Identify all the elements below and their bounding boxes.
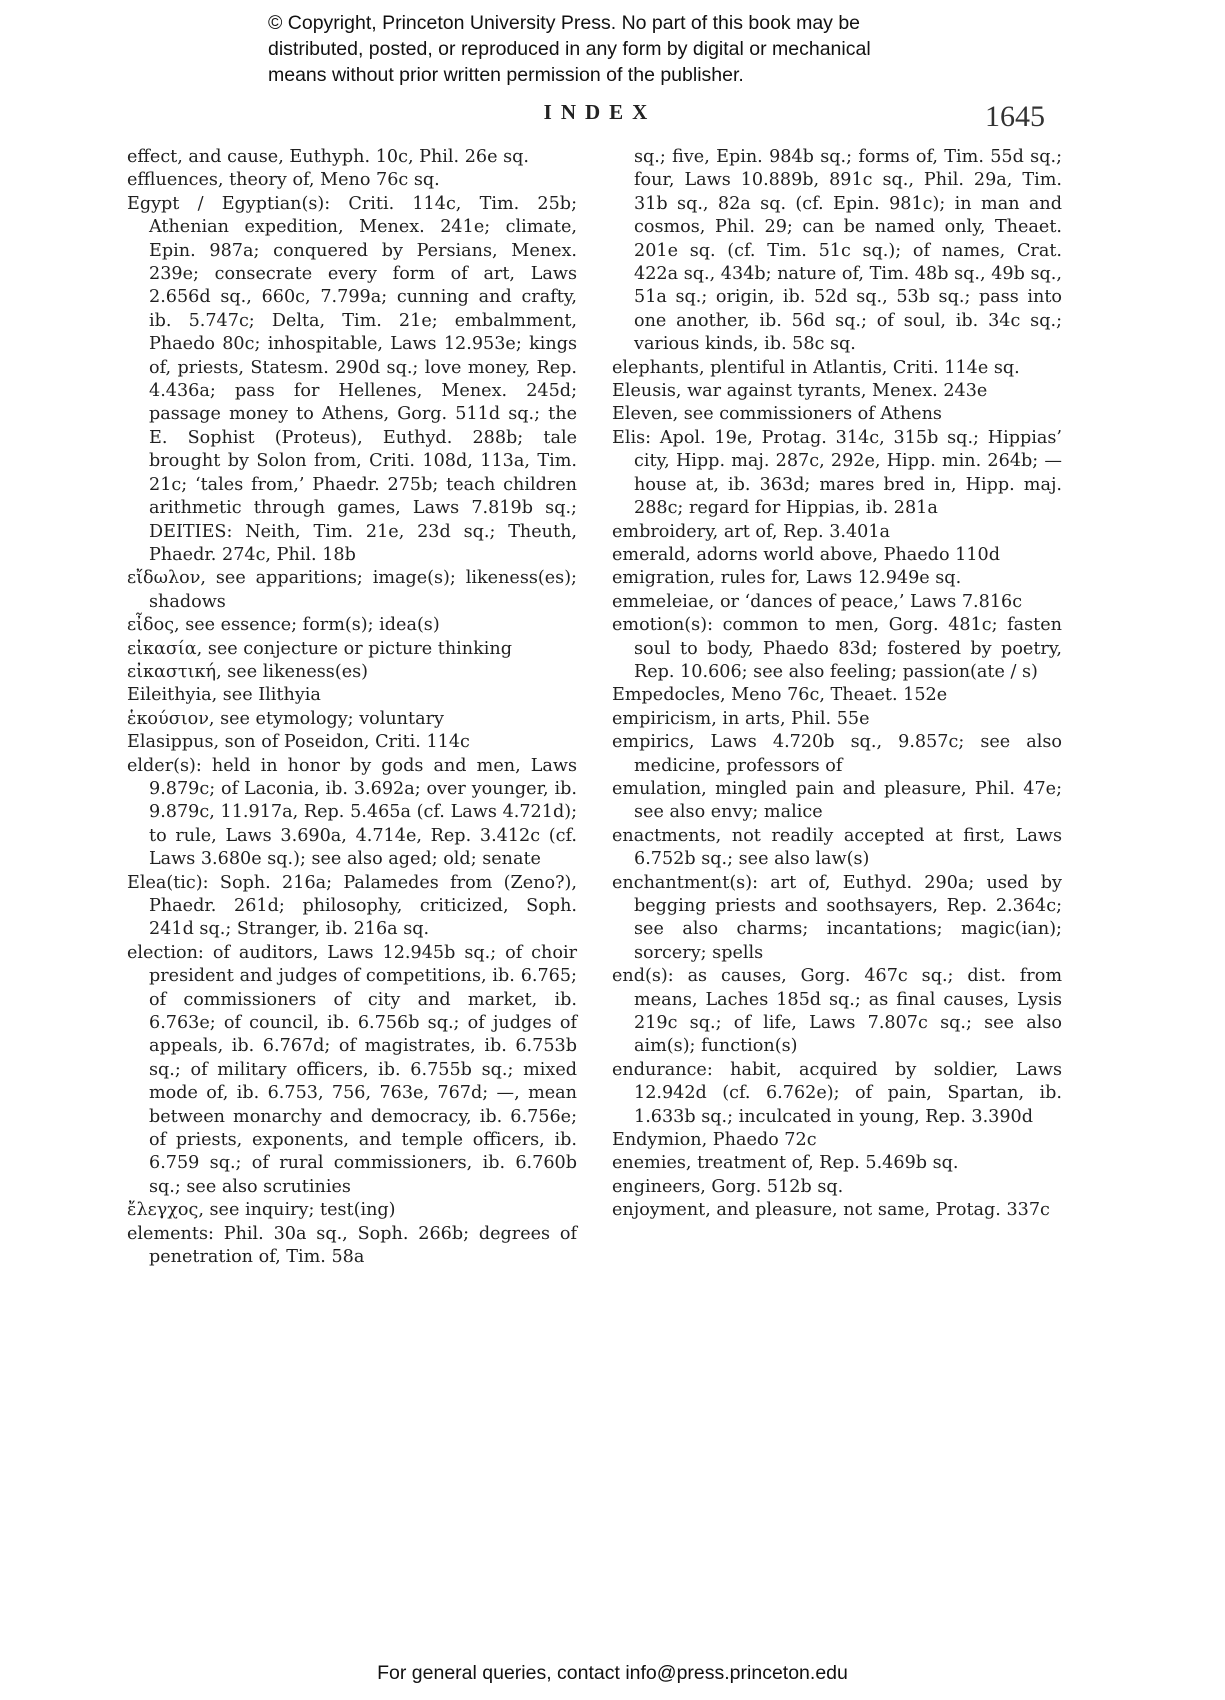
index-entry: elder(s): held in honor by gods and men,… <box>127 755 577 872</box>
copyright-line: means without prior written permission o… <box>268 62 988 88</box>
index-entry: εἴδωλον, see apparitions; image(s); like… <box>127 567 577 614</box>
index-entry: enjoyment, and pleasure, not same, Prota… <box>612 1199 1062 1222</box>
index-column-left: effect, and cause, Euthyph. 10c, Phil. 2… <box>127 146 577 1270</box>
index-entry: εἶδος, see essence; form(s); idea(s) <box>127 614 577 637</box>
page-number: 1645 <box>985 100 1045 134</box>
index-entry: emotion(s): common to men, Gorg. 481c; f… <box>612 614 1062 684</box>
index-entry: effluences, theory of, Meno 76c sq. <box>127 169 577 192</box>
index-entry: enactments, not readily accepted at firs… <box>612 825 1062 872</box>
copyright-notice: © Copyright, Princeton University Press.… <box>268 10 988 88</box>
index-entry: engineers, Gorg. 512b sq. <box>612 1176 1062 1199</box>
index-entry: ἑκούσιον, see etymology; voluntary <box>127 708 577 731</box>
index-entry: elements: Phil. 30a sq., Soph. 266b; deg… <box>127 1223 577 1270</box>
copyright-line: distributed, posted, or reproduced in an… <box>268 36 988 62</box>
index-column-right: sq.; five, Epin. 984b sq.; forms of, Tim… <box>612 146 1062 1223</box>
index-entry: end(s): as causes, Gorg. 467c sq.; dist.… <box>612 965 1062 1059</box>
index-entry: enchantment(s): art of, Euthyd. 290a; us… <box>612 872 1062 966</box>
index-entry: embroidery, art of, Rep. 3.401a <box>612 521 1062 544</box>
page-title: INDEX <box>525 100 675 125</box>
index-entry: emmeleiae, or ‘dances of peace,’ Laws 7.… <box>612 591 1062 614</box>
index-entry: Eleven, see commissioners of Athens <box>612 403 1062 426</box>
index-entry: empirics, Laws 4.720b sq., 9.857c; see a… <box>612 731 1062 778</box>
copyright-line: © Copyright, Princeton University Press.… <box>268 10 988 36</box>
index-entry: election: of auditors, Laws 12.945b sq.;… <box>127 942 577 1199</box>
index-entry: sq.; five, Epin. 984b sq.; forms of, Tim… <box>612 146 1062 357</box>
index-entry: Eileithyia, see Ilithyia <box>127 684 577 707</box>
index-entry: εἰκαστική, see likeness(es) <box>127 661 577 684</box>
index-entry: enemies, treatment of, Rep. 5.469b sq. <box>612 1152 1062 1175</box>
index-entry: endurance: habit, acquired by soldier, L… <box>612 1059 1062 1129</box>
index-entry: Elea(tic): Soph. 216a; Palamedes from (Z… <box>127 872 577 942</box>
index-entry: Endymion, Phaedo 72c <box>612 1129 1062 1152</box>
running-head: INDEX 1645 <box>0 100 1225 140</box>
index-entry: Empedocles, Meno 76c, Theaet. 152e <box>612 684 1062 707</box>
index-entry: emulation, mingled pain and pleasure, Ph… <box>612 778 1062 825</box>
index-entry: Eleusis, war against tyrants, Menex. 243… <box>612 380 1062 403</box>
index-entry: emigration, rules for, Laws 12.949e sq. <box>612 567 1062 590</box>
index-entry: Egypt / Egyptian(s): Criti. 114c, Tim. 2… <box>127 193 577 568</box>
index-entry: effect, and cause, Euthyph. 10c, Phil. 2… <box>127 146 577 169</box>
index-entry: elephants, plentiful in Atlantis, Criti.… <box>612 357 1062 380</box>
index-entry: Elis: Apol. 19e, Protag. 314c, 315b sq.;… <box>612 427 1062 521</box>
index-entry: εἰκασία, see conjecture or picture think… <box>127 638 577 661</box>
footer-contact: For general queries, contact info@press.… <box>0 1662 1225 1685</box>
index-entry: emerald, adorns world above, Phaedo 110d <box>612 544 1062 567</box>
index-entry: empiricism, in arts, Phil. 55e <box>612 708 1062 731</box>
index-entry: Elasippus, son of Poseidon, Criti. 114c <box>127 731 577 754</box>
index-entry: ἔλεγχος, see inquiry; test(ing) <box>127 1199 577 1222</box>
